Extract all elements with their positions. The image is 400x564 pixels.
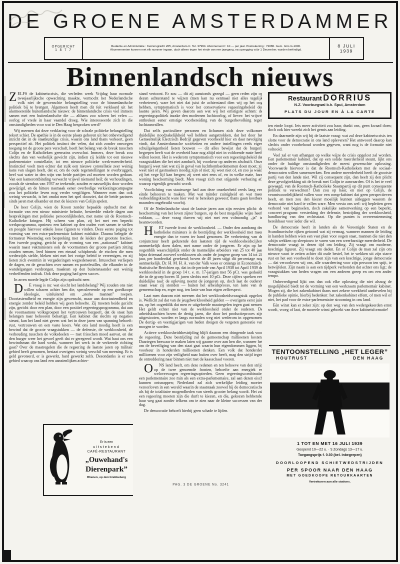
column-2: stand vertoont. Er zou — dit zij aanston…: [139, 92, 263, 534]
dorrius-name: DORRIUS: [323, 94, 372, 103]
article-paragraph: Of de Nederlandsche staat de laatste jar…: [139, 207, 263, 225]
admin-cell: Redactie en Administratie : Keizersgrach…: [83, 38, 330, 59]
ouwehand-line-3: CAFÉ-RESTAURANT: [76, 450, 133, 454]
leger-exhibition-ad: TENTOONSTELLING „HET LEGER” HOUTRUST DEN…: [268, 345, 392, 484]
article-paragraph: Eén winst kan er zeker zijn: op den weg …: [268, 304, 392, 313]
founded-year: 1 8 7 7: [55, 49, 72, 53]
issue-date-cell: 8 JULI 1939: [330, 38, 363, 59]
leger-hours: Geopend 10—22 u. ∙ ’s Zondags 13—17 u.: [268, 448, 392, 452]
leger-dates: 1 TOT EN MET 16 JULI 1939: [268, 441, 392, 445]
article-paragraph: De heer Colijn, wien de Kroon zonder bep…: [9, 206, 133, 277]
column-1-text: ZELFS de kabinetscrisis, die verleden we…: [9, 92, 133, 363]
ouwehand-name-2: Dierenpark”: [76, 465, 133, 475]
ouwehand-name-1: „Ouwehand's: [76, 456, 133, 465]
margin-smudge: [3, 192, 5, 208]
drop-cap: D: [9, 284, 24, 295]
ouwehand-ad-text: Er is een uitstekend CAFÉ-RESTAURANT „Ou…: [76, 427, 133, 493]
column-2-text: stand vertoont. Er zou — dit zij aanston…: [139, 92, 263, 414]
article-paragraph: Actieve werkloosheidsbestrijding blijft …: [139, 331, 263, 362]
ouwehand-location: Rhenen, op den Grebbeberg: [76, 476, 133, 480]
leger-stations-line: Vertrekuren aan alle stations.: [268, 480, 392, 484]
dorrius-tagline: PLATS DU JOUR EN À LA CARTE: [271, 110, 390, 114]
ouwehand-ad: Er is een uitstekend CAFÉ-RESTAURANT „Ou…: [43, 424, 133, 496]
issue-date-year: 1939: [340, 49, 353, 54]
drop-cap: Z: [9, 92, 18, 103]
article-paragraph: Voorlichting van staatswege had aan deze…: [139, 188, 263, 206]
article-paragraph: ten einde loopt. Iets meer activiteit zo…: [268, 124, 392, 133]
article-headline: Binnenlandsch nieuws: [0, 62, 400, 93]
drop-cap: H: [139, 226, 154, 237]
column-3-text: ten einde loopt. Iets meer activiteit zo…: [268, 124, 392, 313]
leger-venue-left: HOUTRUST: [276, 356, 308, 360]
article-paragraph: ONS land heeft, om deze redenen en ten b…: [139, 363, 263, 407]
column-1: ZELFS de kabinetscrisis, die verleden we…: [9, 92, 133, 534]
margin-smudge: [3, 298, 6, 320]
article-paragraph: De democratie heeft in landen als de Ver…: [268, 226, 392, 279]
masthead-info-strip: OPGERICHT 1 8 7 7 Redactie en Administra…: [44, 37, 364, 60]
dorrius-address: N.Z. Voorburgwal b.h. Spui, Amsterdam: [271, 103, 390, 107]
article-paragraph: stand vertoont. Er zou — dit zij aanston…: [139, 92, 263, 127]
founded-cell: OPGERICHT 1 8 7 7: [45, 38, 83, 59]
scan-corner-artifact: [2, 550, 11, 562]
drop-cap: O: [139, 363, 154, 374]
ouwehand-line-2: uitstekend: [76, 445, 133, 450]
article-paragraph: In arren moede legde Colijn zijn opdrach…: [9, 278, 133, 282]
dorrius-ad: Restaurant DORRIUS N.Z. Voorburgwal b.h.…: [268, 92, 392, 119]
admin-line-2: Abonnementen kunnen met elk nummer ingaa…: [108, 49, 305, 53]
margin-smudge: [3, 96, 6, 122]
leger-tickets-line: MET GOEDKOOPE RETOURKAARTEN: [268, 474, 392, 478]
article-paragraph: Laat men daarom niet meenen dat het werk…: [139, 294, 263, 329]
newspaper-page: DE GROENE AMSTERDAMMER OPGERICHT 1 8 7 7…: [0, 0, 400, 564]
article-paragraph: Dat zelfs particuliere personen en licha…: [139, 129, 263, 186]
leger-shooting-line: DOORLOOPEND SCHIETWEDSTRIJDEN: [268, 461, 392, 465]
article-paragraph: Onbevredigend lijkt ons dan ook elke opl…: [268, 280, 392, 302]
leger-price: Toegangsprijs f. 0.30 (bel. inbegrepen): [268, 454, 392, 458]
leger-title: TENTOONSTELLING „HET LEGER”: [268, 350, 392, 354]
article-columns: ZELFS de kabinetscrisis, die verleden we…: [9, 92, 392, 534]
article-paragraph: Veel zal er van afhangen op welke wijze …: [268, 153, 392, 224]
article-paragraph: HET tweede front: de werkloosheid. — Ond…: [139, 226, 263, 292]
article-paragraph: En daarmede zijn wij bij de laatste vraa…: [268, 134, 392, 152]
soldier-flag-illustration: [270, 363, 390, 437]
leger-venue-right: DEN HAAG: [353, 356, 384, 360]
pencil-scribble: [8, 4, 64, 28]
penguin-illustration: [46, 427, 76, 493]
article-paragraph: ZELFS de kabinetscrisis, die verleden we…: [9, 92, 133, 127]
leger-ad-rule: [269, 345, 391, 346]
leger-venues: HOUTRUST DEN HAAG: [268, 356, 392, 360]
dorrius-prefix: Restaurant: [288, 95, 322, 103]
page-footer: PAG. 3 DE GROENE No. 3241: [139, 483, 263, 487]
column-3: Restaurant DORRIUS N.Z. Voorburgwal b.h.…: [268, 92, 392, 534]
leger-rail-line: PER SPOOR NAAR DEN HAAG: [268, 468, 392, 472]
article-paragraph: Wij meenen dat deze verklaring voor de s…: [9, 129, 133, 204]
dorrius-name-row: Restaurant DORRIUS: [271, 96, 390, 102]
article-paragraph: De democratie behoeft hierbij geen schad…: [139, 409, 263, 413]
article-paragraph: DE vraag is nu: wat eischt het landsbela…: [9, 284, 133, 364]
